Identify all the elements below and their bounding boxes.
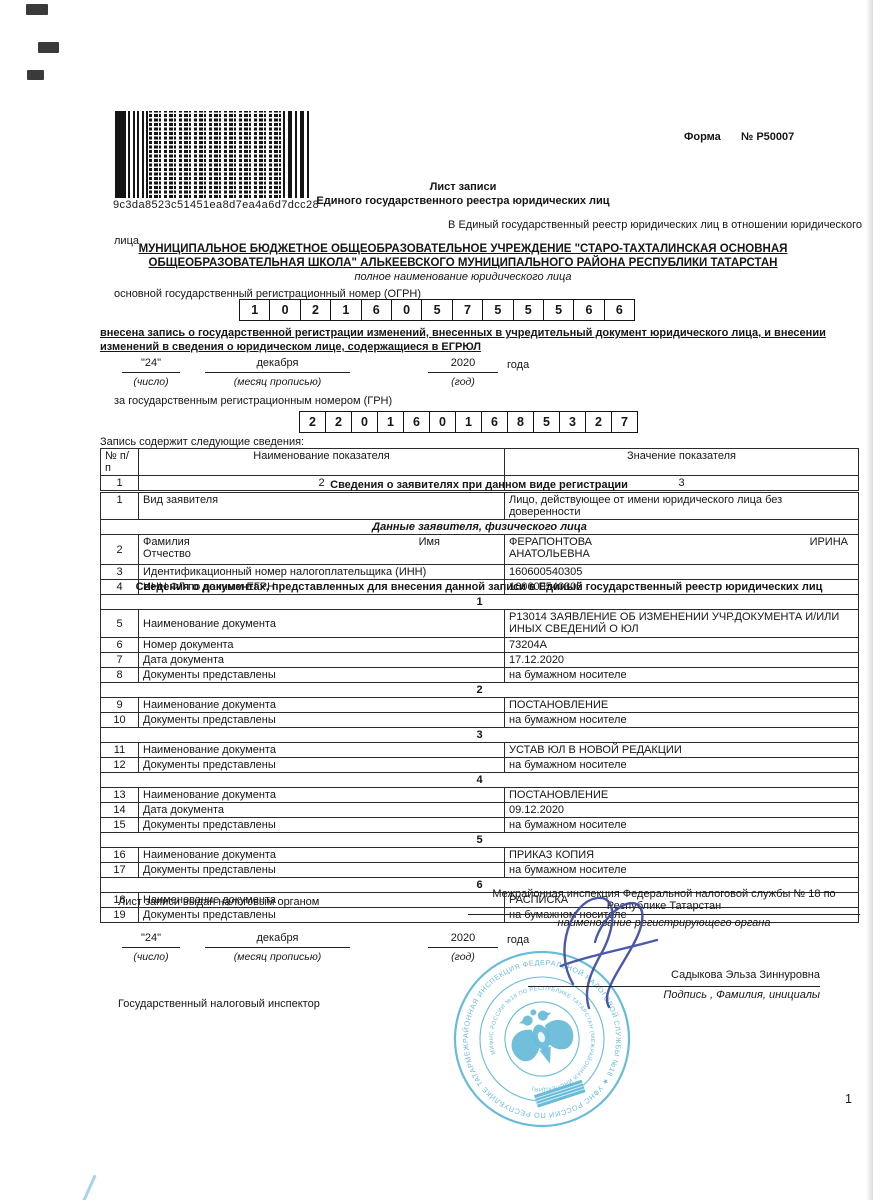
- intro-text-right: В Единый государственный реестр юридичес…: [370, 219, 862, 232]
- table-row: 17Документы представленына бумажном носи…: [101, 863, 859, 878]
- ogrn-digit: 5: [483, 300, 513, 320]
- row-num: 12: [101, 758, 139, 773]
- row-num: 3: [101, 565, 139, 580]
- grn-digit: 7: [612, 412, 637, 432]
- row-value: 73204А: [505, 638, 859, 653]
- row-label: Наименование документа: [139, 788, 505, 803]
- row-value: ПРИКАЗ КОПИЯ: [505, 848, 859, 863]
- row-label: Документы представлены: [139, 713, 505, 728]
- row-label: Вид заявителя: [139, 493, 505, 520]
- row-value: на бумажном носителе: [505, 863, 859, 878]
- record-date-month-label: (месяц прописью): [205, 376, 350, 388]
- table-row: 13Наименование документаПОСТАНОВЛЕНИЕ: [101, 788, 859, 803]
- table-row: 7Дата документа17.12.2020: [101, 653, 859, 668]
- row-value: ПОСТАНОВЛЕНИЕ: [505, 788, 859, 803]
- row-num: 7: [101, 653, 139, 668]
- row-label: Дата документа: [139, 803, 505, 818]
- grn-digit-boxes: 2201601685327: [299, 411, 638, 433]
- page-number: 1: [845, 1092, 852, 1107]
- row-num: 13: [101, 788, 139, 803]
- record-date-year: 2020: [428, 357, 498, 373]
- scan-edge-shadow: [866, 0, 873, 1200]
- table-row: 3 Идентификационный номер налогоплательщ…: [101, 565, 859, 580]
- record-date-year-word: года: [507, 359, 529, 372]
- scanned-document-page: 9c3da8523c51451ea8d7ea4a6d7dcc28 Форма №…: [0, 0, 873, 1200]
- row-num: 15: [101, 818, 139, 833]
- grn-digit: 6: [482, 412, 508, 432]
- row-num: 9: [101, 698, 139, 713]
- grn-digit: 2: [586, 412, 612, 432]
- signature-caption: Подпись , Фамилия, инициалы: [560, 989, 820, 1002]
- applicants-table: 1 Вид заявителя Лицо, действующее от име…: [100, 492, 859, 595]
- issue-date-month-label: (месяц прописью): [205, 951, 350, 963]
- row-value: Р13014 ЗАЯВЛЕНИЕ ОБ ИЗМЕНЕНИИ УЧР.ДОКУМЕ…: [505, 610, 859, 638]
- org-name-line2: ОБЩЕОБРАЗОВАТЕЛЬНАЯ ШКОЛА" АЛЬКЕЕВСКОГО …: [58, 257, 868, 271]
- row-label: Документы представлены: [139, 818, 505, 833]
- row-label: Документы представлены: [139, 668, 505, 683]
- ogrn-digit: 0: [392, 300, 422, 320]
- documents-section-title: Сведения о документах, представленных дл…: [100, 581, 858, 594]
- row-num: 6: [101, 638, 139, 653]
- row-num: 10: [101, 713, 139, 728]
- ogrn-digit: 5: [514, 300, 544, 320]
- row-label: Наименование документа: [139, 698, 505, 713]
- row-value: УСТАВ ЮЛ В НОВОЙ РЕДАКЦИИ: [505, 743, 859, 758]
- inspector-label: Государственный налоговый инспектор: [118, 998, 320, 1011]
- row-value: 160600540305: [505, 565, 859, 580]
- row-label: ФамилияИмя Отчество: [139, 535, 505, 565]
- statement-line2: изменений в сведения о юридическом лице,…: [100, 341, 481, 354]
- grn-digit: 6: [404, 412, 430, 432]
- table-row: 8Документы представленына бумажном носит…: [101, 668, 859, 683]
- signature-line: [528, 971, 820, 987]
- row-num: 5: [101, 610, 139, 638]
- scan-artifact: [38, 42, 59, 53]
- row-value: на бумажном носителе: [505, 713, 859, 728]
- table-row: 2 ФамилияИмя Отчество ФЕРАПОНТОВАИРИНА А…: [101, 535, 859, 565]
- row-label: Идентификационный номер налогоплательщик…: [139, 565, 505, 580]
- row-num: 19: [101, 908, 139, 923]
- record-date-year-label: (год): [428, 376, 498, 388]
- issue-date-day-label: (число): [122, 951, 180, 963]
- doc-title-line2: Единого государственного реестра юридиче…: [58, 195, 868, 208]
- row-num: 16: [101, 848, 139, 863]
- table-subheader-row: Данные заявителя, физического лица: [101, 520, 859, 535]
- row-label: Наименование документа: [139, 743, 505, 758]
- row-value: ПОСТАНОВЛЕНИЕ: [505, 698, 859, 713]
- org-name-line1: МУНИЦИПАЛЬНОЕ БЮДЖЕТНОЕ ОБЩЕОБРАЗОВАТЕЛЬ…: [58, 243, 868, 257]
- ogrn-digit-boxes: 1021605755566: [239, 299, 635, 321]
- row-num: 11: [101, 743, 139, 758]
- ogrn-digit: 7: [453, 300, 483, 320]
- table-row: 9Наименование документаПОСТАНОВЛЕНИЕ: [101, 698, 859, 713]
- applicants-section-title: Сведения о заявителях при данном виде ре…: [100, 479, 858, 492]
- firstname-label: Имя: [419, 536, 500, 548]
- grn-digit: 5: [534, 412, 560, 432]
- documents-table: 1 5 Наименование документа Р13014 ЗАЯВЛЕ…: [100, 594, 859, 923]
- group-number: 3: [101, 728, 859, 743]
- table-row: 16Наименование документаПРИКАЗ КОПИЯ: [101, 848, 859, 863]
- col-header-num: № п/п: [101, 449, 139, 476]
- record-date-day: "24": [122, 357, 180, 373]
- firstname-value: ИРИНА: [810, 536, 854, 548]
- form-label: Форма: [684, 131, 721, 144]
- ogrn-digit: 0: [270, 300, 300, 320]
- table-row: 5 Наименование документа Р13014 ЗАЯВЛЕНИ…: [101, 610, 859, 638]
- scan-artifact: [27, 70, 44, 80]
- table-row: 11Наименование документаУСТАВ ЮЛ В НОВОЙ…: [101, 743, 859, 758]
- row-value: на бумажном носителе: [505, 668, 859, 683]
- table-row: 10Документы представленына бумажном носи…: [101, 713, 859, 728]
- row-label: Документы представлены: [139, 908, 505, 923]
- surname-label: Фамилия: [143, 536, 190, 548]
- row-value: Лицо, действующее от имени юридического …: [505, 493, 859, 520]
- table-row: 12Документы представленына бумажном носи…: [101, 758, 859, 773]
- grn-label: за государственным регистрационным номер…: [114, 395, 392, 408]
- ogrn-digit: 1: [331, 300, 361, 320]
- group-number: 2: [101, 683, 859, 698]
- row-num: 14: [101, 803, 139, 818]
- scan-artifact: [26, 4, 48, 15]
- ogrn-digit: 6: [605, 300, 634, 320]
- patronymic-value: АНАТОЛЬЕВНА: [509, 548, 590, 560]
- applicants-subheader: Данные заявителя, физического лица: [101, 520, 859, 535]
- patronymic-label: Отчество: [143, 548, 191, 560]
- issued-by-label: Лист записи выдан налоговым органом: [118, 896, 319, 909]
- grn-digit: 2: [300, 412, 326, 432]
- row-value: на бумажном носителе: [505, 818, 859, 833]
- ogrn-digit: 5: [544, 300, 574, 320]
- record-date-month: декабря: [205, 357, 350, 373]
- group-number: 1: [101, 595, 859, 610]
- row-label: Документы представлены: [139, 758, 505, 773]
- ogrn-digit: 5: [422, 300, 452, 320]
- doc-title-line1: Лист записи: [58, 181, 868, 194]
- surname-value: ФЕРАПОНТОВА: [509, 536, 592, 548]
- grn-digit: 8: [508, 412, 534, 432]
- table-row: 6Номер документа73204А: [101, 638, 859, 653]
- ogrn-digit: 2: [301, 300, 331, 320]
- row-value: ФЕРАПОНТОВАИРИНА АНАТОЛЬЕВНА: [505, 535, 859, 565]
- row-label: Наименование документа: [139, 848, 505, 863]
- row-value: на бумажном носителе: [505, 758, 859, 773]
- grn-digit: 1: [378, 412, 404, 432]
- grn-digit: 1: [456, 412, 482, 432]
- form-number: № Р50007: [741, 131, 794, 144]
- grn-digit: 3: [560, 412, 586, 432]
- ogrn-digit: 1: [240, 300, 270, 320]
- col-header-name: Наименование показателя: [139, 449, 505, 476]
- ogrn-digit: 6: [362, 300, 392, 320]
- row-label: Наименование документа: [139, 610, 505, 638]
- row-num: 1: [101, 493, 139, 520]
- issue-date-day: "24": [122, 932, 180, 948]
- row-num: 8: [101, 668, 139, 683]
- group-number: 5: [101, 833, 859, 848]
- row-label: Документы представлены: [139, 863, 505, 878]
- statement-line1: внесена запись о государственной регистр…: [100, 327, 826, 340]
- issue-date-month: декабря: [205, 932, 350, 948]
- col-header-value: Значение показателя: [505, 449, 859, 476]
- row-num: 17: [101, 863, 139, 878]
- row-value: 17.12.2020: [505, 653, 859, 668]
- record-date-day-label: (число): [122, 376, 180, 388]
- grn-digit: 2: [326, 412, 352, 432]
- row-value: 09.12.2020: [505, 803, 859, 818]
- org-name-caption: полное наименование юридического лица: [58, 271, 868, 284]
- group-number: 4: [101, 773, 859, 788]
- scan-artifact-blue: [82, 1175, 96, 1200]
- table-row: 1 Вид заявителя Лицо, действующее от име…: [101, 493, 859, 520]
- row-label: Дата документа: [139, 653, 505, 668]
- row-label: Номер документа: [139, 638, 505, 653]
- grn-digit: 0: [352, 412, 378, 432]
- ogrn-digit: 6: [574, 300, 604, 320]
- table-row: 15Документы представленына бумажном носи…: [101, 818, 859, 833]
- table-row: 14Дата документа09.12.2020: [101, 803, 859, 818]
- grn-digit: 0: [430, 412, 456, 432]
- row-num: 2: [101, 535, 139, 565]
